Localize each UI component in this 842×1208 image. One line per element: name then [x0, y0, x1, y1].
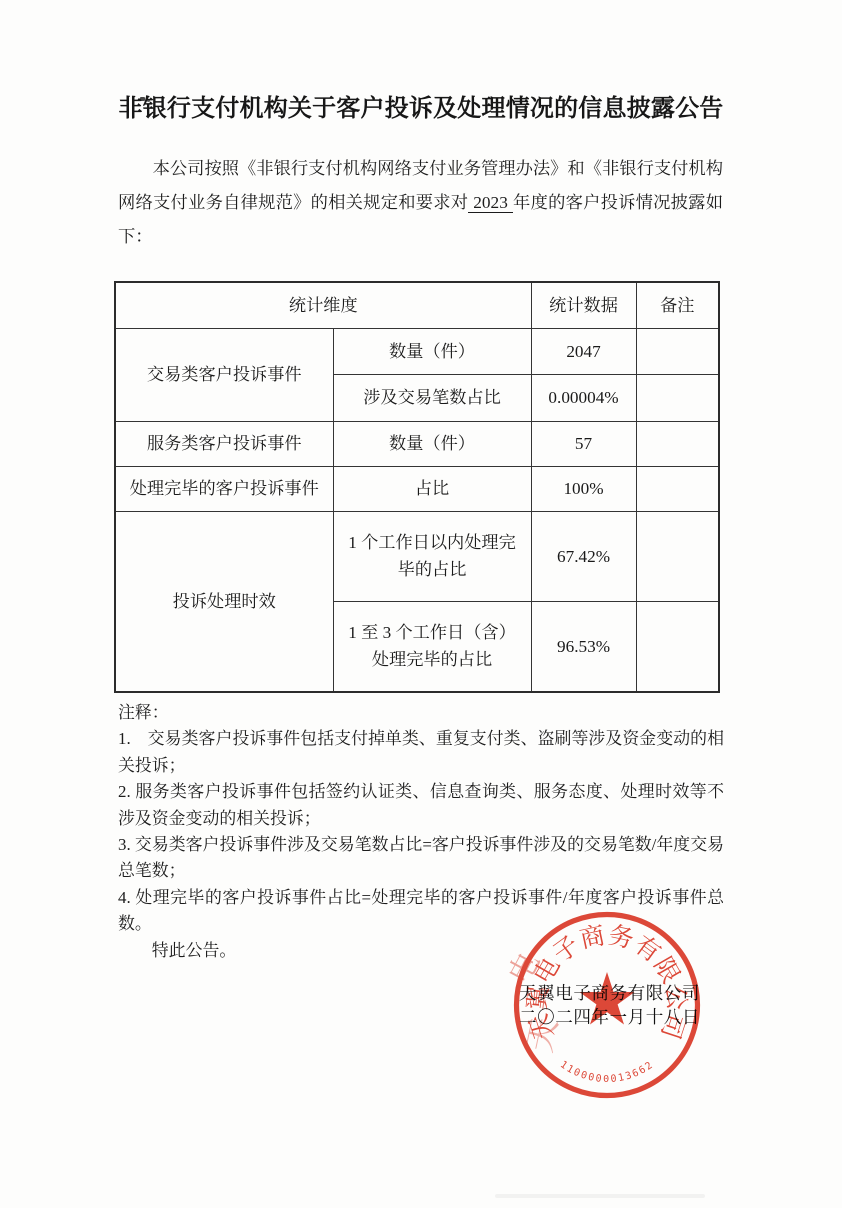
category-cell: 投诉处理时效	[115, 511, 333, 692]
table-row: 处理完毕的客户投诉事件 占比 100%	[115, 466, 719, 511]
value-cell: 96.53%	[531, 601, 636, 692]
category-cell: 交易类客户投诉事件	[115, 328, 333, 421]
table-row: 交易类客户投诉事件 数量（件） 2047	[115, 328, 719, 374]
metric-cell: 1 至 3 个工作日（含）处理完毕的占比	[333, 601, 531, 692]
table-header-row: 统计维度 统计数据 备注	[115, 282, 719, 328]
note-item: 3. 交易类客户投诉事件涉及交易笔数占比=客户投诉事件涉及的交易笔数/年度交易总…	[118, 832, 724, 885]
remark-cell	[636, 601, 719, 692]
intro-paragraph: 本公司按照《非银行支付机构网络支付业务管理办法》和《非银行支付机构网络支付业务自…	[118, 152, 723, 254]
metric-cell: 数量（件）	[333, 328, 531, 374]
scan-smear	[495, 1194, 705, 1198]
value-cell: 2047	[531, 328, 636, 374]
value-cell: 0.00004%	[531, 374, 636, 421]
value-cell: 100%	[531, 466, 636, 511]
remark-cell	[636, 374, 719, 421]
note-item: 1. 交易类客户投诉事件包括支付掉单类、重复支付类、盗刷等涉及资金变动的相关投诉…	[118, 726, 724, 779]
metric-cell: 数量（件）	[333, 421, 531, 466]
value-cell: 67.42%	[531, 511, 636, 601]
remark-cell	[636, 328, 719, 374]
metric-cell: 涉及交易笔数占比	[333, 374, 531, 421]
value-cell: 57	[531, 421, 636, 466]
header-data: 统计数据	[531, 282, 636, 328]
header-remark: 备注	[636, 282, 719, 328]
seal-number: 1100000013662	[558, 1059, 656, 1085]
category-cell: 服务类客户投诉事件	[115, 421, 333, 466]
metric-cell: 1 个工作日以内处理完毕的占比	[333, 511, 531, 601]
remark-cell	[636, 466, 719, 511]
remark-cell	[636, 511, 719, 601]
document-page: 非银行支付机构关于客户投诉及处理情况的信息披露公告 本公司按照《非银行支付机构网…	[0, 0, 842, 1208]
metric-cell: 占比	[333, 466, 531, 511]
intro-year-underlined: 2023	[468, 193, 513, 213]
seal-smudge-char: 天	[522, 1015, 565, 1056]
complaint-stats-table: 统计维度 统计数据 备注 交易类客户投诉事件 数量（件） 2047 涉及交易笔数…	[114, 281, 720, 693]
category-cell: 处理完毕的客户投诉事件	[115, 466, 333, 511]
svg-text:1100000013662: 1100000013662	[558, 1059, 656, 1085]
seal-smudge-char: 电	[508, 947, 546, 989]
table-row: 投诉处理时效 1 个工作日以内处理完毕的占比 67.42%	[115, 511, 719, 601]
notes-label: 注释：	[118, 700, 724, 726]
remark-cell	[636, 421, 719, 466]
page-title: 非银行支付机构关于客户投诉及处理情况的信息披露公告	[0, 94, 842, 124]
header-dimension: 统计维度	[115, 282, 531, 328]
table-row: 服务类客户投诉事件 数量（件） 57	[115, 421, 719, 466]
seal-star	[579, 972, 634, 1025]
company-seal-stamp: 天翼电子商务有限公司 1100000013662 电 天	[508, 906, 706, 1104]
note-item: 2. 服务类客户投诉事件包括签约认证类、信息查询类、服务态度、处理时效等不涉及资…	[118, 779, 724, 832]
